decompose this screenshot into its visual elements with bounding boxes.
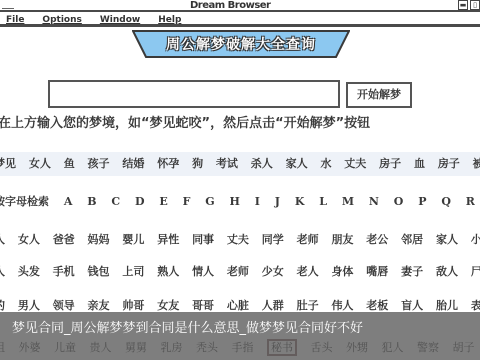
keyword-link[interactable]: 异性 — [157, 233, 179, 246]
keyword-link[interactable]: 心脏 — [227, 299, 249, 312]
keyword-link[interactable]: 邻居 — [401, 233, 423, 246]
keyword-link[interactable]: 盲人 — [401, 299, 423, 312]
keyword-link[interactable]: 房子 — [379, 157, 401, 170]
keyword-link[interactable]: 人 — [0, 265, 5, 278]
keyword-link[interactable]: 表兄 — [471, 299, 480, 312]
keyword-link[interactable]: 同学 — [262, 233, 284, 246]
window-title: Dream Browser — [190, 0, 271, 11]
keyword-link[interactable]: 爸爸 — [53, 233, 75, 246]
letter-link[interactable]: Q — [441, 195, 451, 208]
keyword-link[interactable]: 情人 — [192, 265, 214, 278]
keyword-link[interactable]: 哥哥 — [192, 299, 214, 312]
start-interpret-button[interactable]: 开始解梦 — [346, 82, 412, 108]
keyword-link[interactable]: 伟人 — [331, 299, 353, 312]
keyword-link[interactable]: 肚子 — [297, 299, 319, 312]
letter-link[interactable]: J — [275, 195, 280, 208]
letter-index-row: 按字母检索 A B C D E F G H I J K L M N O P Q … — [0, 190, 480, 214]
letter-link[interactable]: P — [418, 195, 426, 208]
keyword-link[interactable]: 被人追 — [473, 157, 480, 170]
keyword-link[interactable]: 血 — [414, 157, 425, 170]
hot-keywords-row: 梦见 女人 鱼 孩子 结婚 怀孕 狗 考试 杀人 家人 水 丈夫 房子 血 房子… — [0, 152, 480, 176]
keyword-link[interactable]: 老师 — [297, 233, 319, 246]
letter-link[interactable]: E — [159, 195, 167, 208]
keyword-link[interactable]: 头发 — [18, 265, 40, 278]
keyword-link[interactable]: 身体 — [331, 265, 353, 278]
keyword-link[interactable]: 同事 — [192, 233, 214, 246]
menu-help[interactable]: Help — [158, 14, 181, 24]
keyword-link[interactable]: 丈夫 — [227, 233, 249, 246]
keyword-link[interactable]: 少女 — [262, 265, 284, 278]
letter-link[interactable]: I — [255, 195, 260, 208]
keyword-link[interactable]: 孩子 — [88, 157, 110, 170]
letter-link[interactable]: O — [394, 195, 404, 208]
keyword-link[interactable]: 胎儿 — [436, 299, 458, 312]
keyword-link[interactable]: 亲友 — [88, 299, 110, 312]
people-keywords-row: 人 女人 爸爸 妈妈 婴儿 异性 同事 丈夫 同学 老师 朋友 老公 邻居 家人… — [0, 228, 480, 252]
keyword-link[interactable]: 小孩 — [471, 233, 480, 246]
letter-index-label: 按字母检索 — [0, 195, 49, 208]
letter-link[interactable]: G — [205, 195, 214, 208]
keyword-link[interactable]: 男人 — [18, 299, 40, 312]
letter-link[interactable]: R — [466, 195, 475, 208]
letter-link[interactable]: H — [230, 195, 240, 208]
minimize-button[interactable]: ▬ — [458, 0, 468, 10]
letter-link[interactable]: A — [64, 195, 73, 208]
caption-text: 梦见合同_周公解梦梦到合同是什么意思_做梦梦见合同好不好 — [12, 317, 363, 336]
keyword-link[interactable]: 老公 — [366, 233, 388, 246]
keyword-link[interactable]: 考试 — [216, 157, 238, 170]
keyword-link[interactable]: 丈夫 — [344, 157, 366, 170]
keyword-link[interactable]: 狗 — [192, 157, 203, 170]
menu-bar: File Options Window Help — [0, 14, 480, 27]
app-menu-icon[interactable] — [2, 1, 14, 9]
letter-link[interactable]: C — [111, 195, 120, 208]
keyword-link[interactable]: 水 — [320, 157, 331, 170]
dream-search-input[interactable] — [48, 80, 340, 108]
keyword-link[interactable]: 敌人 — [436, 265, 458, 278]
letter-link[interactable]: M — [342, 195, 354, 208]
keyword-link[interactable]: 朋友 — [331, 233, 353, 246]
keyword-link[interactable]: 家人 — [436, 233, 458, 246]
menu-options[interactable]: Options — [42, 14, 81, 24]
keyword-link[interactable]: 尸体 — [471, 265, 480, 278]
keyword-link[interactable]: 结婚 — [122, 157, 144, 170]
people-keywords-row: 人 头发 手机 钱包 上司 熟人 情人 老师 少女 老人 身体 嘴唇 妻子 敌人… — [0, 260, 480, 284]
keyword-link[interactable]: 上司 — [122, 265, 144, 278]
keyword-link[interactable]: 人群 — [262, 299, 284, 312]
menu-window[interactable]: Window — [100, 14, 140, 24]
keyword-link[interactable]: 女人 — [18, 233, 40, 246]
keyword-link[interactable]: 帅哥 — [122, 299, 144, 312]
keyword-link[interactable]: 梦见 — [0, 157, 16, 170]
keyword-link[interactable]: 鱼 — [64, 157, 75, 170]
keyword-link[interactable]: 老人 — [297, 265, 319, 278]
keyword-link[interactable]: 嘴唇 — [366, 265, 388, 278]
keyword-link[interactable]: 老师 — [227, 265, 249, 278]
keyword-link[interactable]: 女友 — [157, 299, 179, 312]
letter-link[interactable]: N — [369, 195, 379, 208]
keyword-link[interactable]: 妈妈 — [88, 233, 110, 246]
keyword-link[interactable]: 婴儿 — [122, 233, 144, 246]
menu-file[interactable]: File — [6, 14, 24, 24]
letter-link[interactable]: K — [295, 195, 305, 208]
letter-link[interactable]: D — [135, 195, 145, 208]
keyword-link[interactable]: 家人 — [286, 157, 308, 170]
keyword-link[interactable]: 人 — [0, 233, 5, 246]
keyword-link[interactable]: 怀孕 — [157, 157, 179, 170]
title-bar: Dream Browser ▬ ▯ — [0, 0, 480, 12]
title-banner: 周公解梦破解大全查询 — [132, 30, 350, 58]
keyword-link[interactable]: 熟人 — [157, 265, 179, 278]
keyword-link[interactable]: 女人 — [29, 157, 51, 170]
letter-link[interactable]: F — [183, 195, 191, 208]
keyword-link[interactable]: 钱包 — [88, 265, 110, 278]
search-hint: 在上方输入您的梦境，如“梦见蛇咬”，然后点击“开始解梦”按钮 — [0, 112, 370, 131]
letter-link[interactable]: B — [87, 195, 96, 208]
maximize-button[interactable]: ▯ — [470, 0, 480, 10]
keyword-link[interactable]: 领导 — [53, 299, 75, 312]
keyword-link[interactable]: 妻子 — [401, 265, 423, 278]
banner-title: 周公解梦破解大全查询 — [132, 34, 350, 54]
letter-link[interactable]: L — [319, 195, 327, 208]
keyword-link[interactable]: 杀人 — [251, 157, 273, 170]
keyword-link[interactable]: 房子 — [438, 157, 460, 170]
keyword-link[interactable]: 老板 — [366, 299, 388, 312]
keyword-link[interactable]: 的 — [0, 299, 5, 312]
keyword-link[interactable]: 手机 — [53, 265, 75, 278]
